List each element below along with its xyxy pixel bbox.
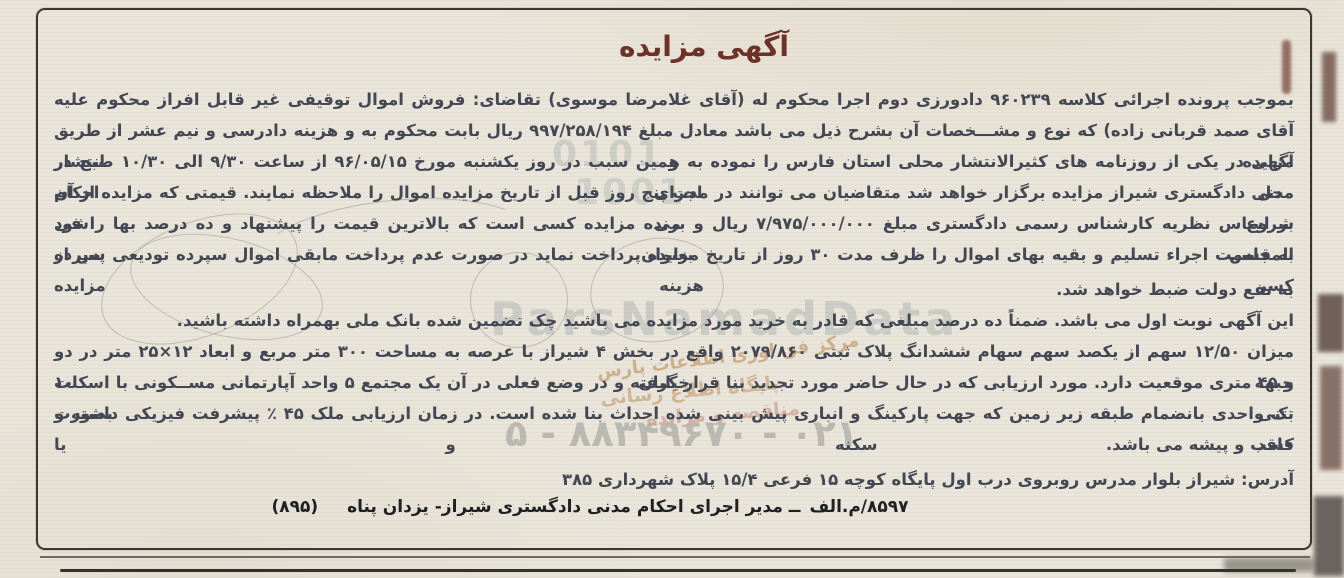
- signature-issue-number: (۸۹۵): [271, 497, 318, 517]
- notice-address-line: آدرس: شیراز بلوار مدرس روبروی درب اول پا…: [54, 464, 1294, 495]
- next-notice-frame-top: [60, 569, 1296, 572]
- signature-code: ۸۵۹۷/م.الف: [809, 497, 908, 517]
- notice-line: آگهی در یکی از روزنامه های کثیرالانتشار …: [54, 146, 1294, 177]
- scan-artifact: [1224, 558, 1314, 572]
- notice-body: بموجب پرونده اجرائی کلاسه ۹۶۰۲۳۹ دادورزی…: [54, 84, 1294, 495]
- scan-artifact: [1318, 294, 1344, 352]
- notice-title: آگهی مزایده: [32, 30, 1344, 63]
- notice-line: این آگهی نوبت اول می باشد. ضمناً ده درصد…: [54, 305, 1294, 336]
- notice-line: به قسمت اجراء تسلیم و بقیه بهای اموال را…: [54, 239, 1294, 270]
- notice-line: تک واحدی بانضمام طبقه زیر زمین که جهت پا…: [54, 398, 1294, 429]
- notice-line: مدنی دادگستری شیراز مزایده برگزار خواهد …: [54, 177, 1294, 208]
- scan-artifact: [1314, 496, 1344, 576]
- notice-line: میزان ۱۲/۵۰ سهم از یکصد سهم سهام ششدانگ …: [54, 336, 1294, 367]
- scan-artifact: [1320, 366, 1342, 470]
- notice-line: بر اساس نظریه کارشناس رسمی دادگستری مبلغ…: [54, 208, 1294, 239]
- notice-line: آقای صمد قربانی زاده) که نوع و مشـــخصات…: [54, 115, 1294, 146]
- scanned-newspaper-auction-notice: 0101 1001 ParsNamadData ۵ - ۸۸۳۴۹۶۷۰ - ۰…: [0, 0, 1344, 578]
- lower-rule-line: [40, 556, 1310, 558]
- signature-role: ــ مدیر اجرای احکام مدنی دادگستری شیراز-…: [347, 497, 800, 517]
- notice-line: و ۴۵ متری موقعیت دارد. مورد ارزیابی که د…: [54, 367, 1294, 398]
- notice-line: بموجب پرونده اجرائی کلاسه ۹۶۰۲۳۹ دادورزی…: [54, 84, 1294, 115]
- notice-signature: ۸۵۹۷/م.الف ــ مدیر اجرای احکام مدنی دادگ…: [340, 497, 840, 517]
